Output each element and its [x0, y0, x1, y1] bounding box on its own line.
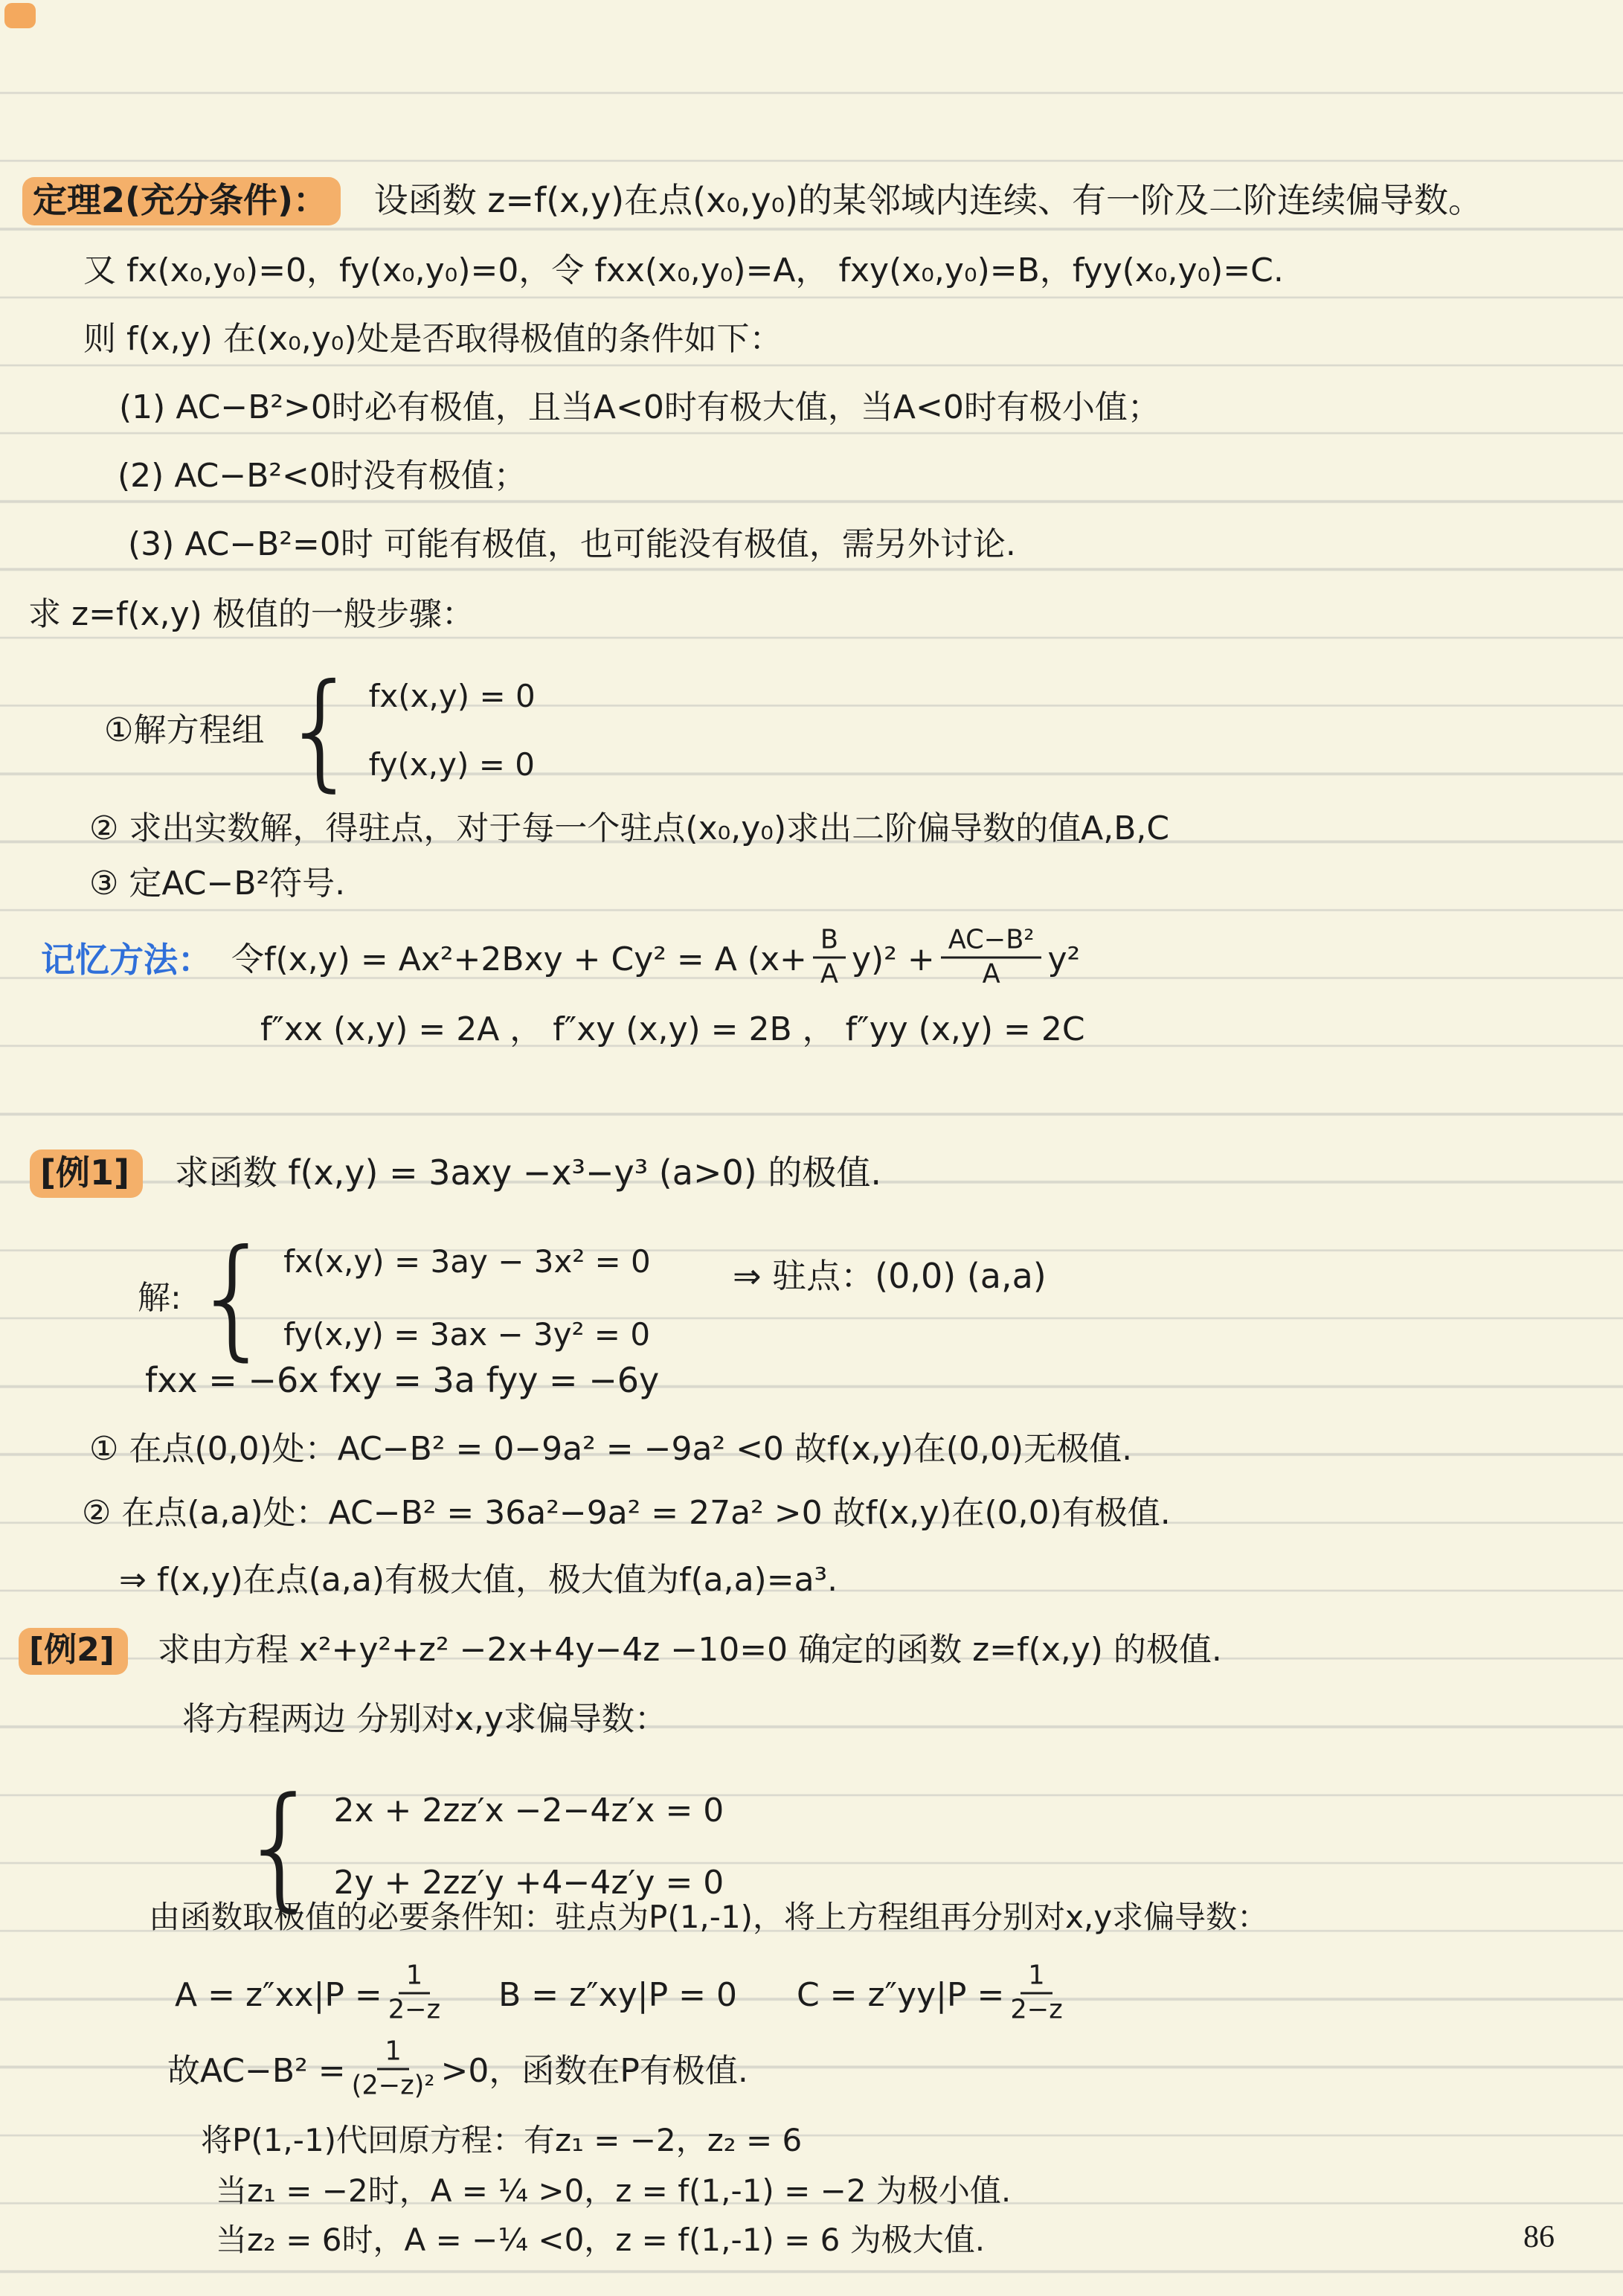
example1-title: 求函数 f(x,y) = 3axy −x³−y³ (a>0) 的极值. — [154, 1152, 881, 1193]
example2-eq1: 2x + 2zz′x −2−4z′x = 0 — [334, 1792, 724, 1831]
example1-eq2: fy(x,y) = 3ax − 3y² = 0 — [283, 1316, 651, 1353]
memory-fraction-2: AC−B² A — [941, 926, 1042, 988]
steps-step1: ①解方程组 fx(x,y) = 0 fy(x,y) = 0 — [104, 655, 536, 807]
memory-formula-mid: y)² + — [852, 940, 935, 980]
theorem-case-3: (3) AC−B²=0时 可能有极值，也可能没有极值，需另外讨论. — [128, 525, 1016, 565]
corner-highlight-mark — [4, 3, 36, 28]
notebook-page: 定理2(充分条件)： 设函数 z=f(x,y)在点(x₀,y₀)的某邻域内连续、… — [0, 0, 1623, 2296]
example1-second-derivs: fxx = −6x fxy = 3a fyy = −6y — [145, 1360, 659, 1401]
example1-label: [例1] — [30, 1149, 143, 1198]
example2-A-fraction: 1 2−z — [388, 1961, 440, 2024]
example2-ac-pre: 故AC−B² = — [167, 2052, 346, 2091]
system-brace — [192, 1220, 274, 1376]
example2-case-max: 当z₂ = 6时，A = −¼ <0，z = f(1,-1) = 6 为极大值. — [216, 2222, 985, 2259]
example2-derive-note: 将方程两边 分别对x,y求偏导数： — [182, 1700, 667, 1739]
system-brace — [280, 655, 361, 807]
example2-C-fraction: 1 2−z — [1010, 1961, 1062, 2024]
example2-C-pre: C = z″yy|P = — [737, 1976, 1004, 2016]
example2-title: 求由方程 x²+y²+z² −2x+4y−4z −10=0 确定的函数 z=f(… — [138, 1631, 1222, 1669]
theorem-premise: 又 fx(x₀,y₀)=0，fy(x₀,y₀)=0，令 fxx(x₀,y₀)=A… — [83, 251, 1284, 291]
theorem-intro: 设函数 z=f(x,y)在点(x₀,y₀)的某邻域内连续、有一阶及二阶连续偏导数… — [352, 180, 1482, 220]
steps-step1-label: ①解方程组 — [104, 711, 264, 751]
example1-solve-label: 解: — [138, 1279, 181, 1318]
example2-ac-fraction: 1 (2−z)² — [352, 2037, 435, 2100]
steps-title: 求 z=f(x,y) 极值的一般步骤： — [28, 595, 475, 635]
memory-method-line: 记忆方法： 令f(x,y) = Ax²+2Bxy + Cy² = A (x+ B… — [41, 929, 1080, 991]
example1-stationary-points: ⇒ 驻点：(0,0) (a,a) — [733, 1256, 1047, 1297]
theorem-label: 定理2(充分条件)： — [22, 177, 341, 225]
memory-fraction-1: B A — [813, 926, 846, 988]
memory-formula-pre: 令f(x,y) = Ax²+2Bxy + Cy² = A (x+ — [212, 940, 807, 980]
memory-formula-post: y² — [1047, 940, 1080, 980]
example2-ac-line: 故AC−B² = 1 (2−z)² >0，函数在P有极值. — [167, 2040, 748, 2103]
example2-eq2: 2y + 2zz′y +4−4z′y = 0 — [334, 1864, 724, 1903]
theorem-case-2: (2) AC−B²<0时没有极值； — [118, 457, 527, 496]
example1-point2-analysis: ② 在点(a,a)处：AC−B² = 36a²−9a² = 27a² >0 故f… — [82, 1494, 1171, 1533]
memory-label: 记忆方法： — [41, 940, 212, 981]
example2-substitute-back: 将P(1,-1)代回原方程：有z₁ = −2，z₂ = 6 — [201, 2122, 802, 2159]
example1-title-line: [例1] 求函数 f(x,y) = 3axy −x³−y³ (a>0) 的极值. — [30, 1149, 881, 1198]
theorem-question: 则 f(x,y) 在(x₀,y₀)处是否取得极值的条件如下： — [83, 320, 782, 359]
example1-solution-system: 解: fx(x,y) = 3ay − 3x² = 0 fy(x,y) = 3ax… — [138, 1220, 651, 1376]
theorem-case-1: (1) AC−B²>0时必有极值，且当A<0时有极大值，当A<0时有极小值； — [119, 388, 1160, 428]
example2-abc-line: A = z″xx|P = 1 2−z B = z″xy|P = 0 C = z″… — [175, 1964, 1069, 2027]
steps-step3: ③ 定AC−B²符号. — [89, 865, 345, 904]
example2-title-line: [例2] 求由方程 x²+y²+z² −2x+4y−4z −10=0 确定的函数… — [19, 1628, 1222, 1675]
example2-A-pre: A = z″xx|P = — [175, 1976, 382, 2016]
page-number: 86 — [1523, 2219, 1555, 2256]
steps-step2: ② 求出实数解，得驻点，对于每一个驻点(x₀,y₀)求出二阶偏导数的值A,B,C — [89, 809, 1169, 849]
example2-case-min: 当z₁ = −2时，A = ¼ >0，z = f(1,-1) = −2 为极小值… — [216, 2172, 1011, 2210]
example2-necessary-condition: 由函数取极值的必要条件知：驻点为P(1,-1)，将上方程组再分别对x,y求偏导数… — [149, 1899, 1268, 1936]
example1-conclusion: ⇒ f(x,y)在点(a,a)有极大值，极大值为f(a,a)=a³. — [119, 1561, 838, 1600]
example2-label: [例2] — [19, 1628, 128, 1675]
steps-step1-eq2: fy(x,y) = 0 — [369, 746, 536, 783]
theorem-line: 定理2(充分条件)： 设函数 z=f(x,y)在点(x₀,y₀)的某邻域内连续、… — [22, 177, 1482, 225]
example1-eq1: fx(x,y) = 3ay − 3x² = 0 — [283, 1243, 651, 1280]
example1-point1-analysis: ① 在点(0,0)处：AC−B² = 0−9a² = −9a² <0 故f(x,… — [89, 1430, 1132, 1469]
memory-second-derivs: f″xx (x,y) = 2A ， f″xy (x,y) = 2B ， f″yy… — [260, 1010, 1085, 1050]
example2-B-eq: B = z″xy|P = 0 — [446, 1976, 737, 2016]
example2-ac-post: >0，函数在P有极值. — [441, 2052, 748, 2091]
steps-step1-eq1: fx(x,y) = 0 — [369, 678, 536, 715]
